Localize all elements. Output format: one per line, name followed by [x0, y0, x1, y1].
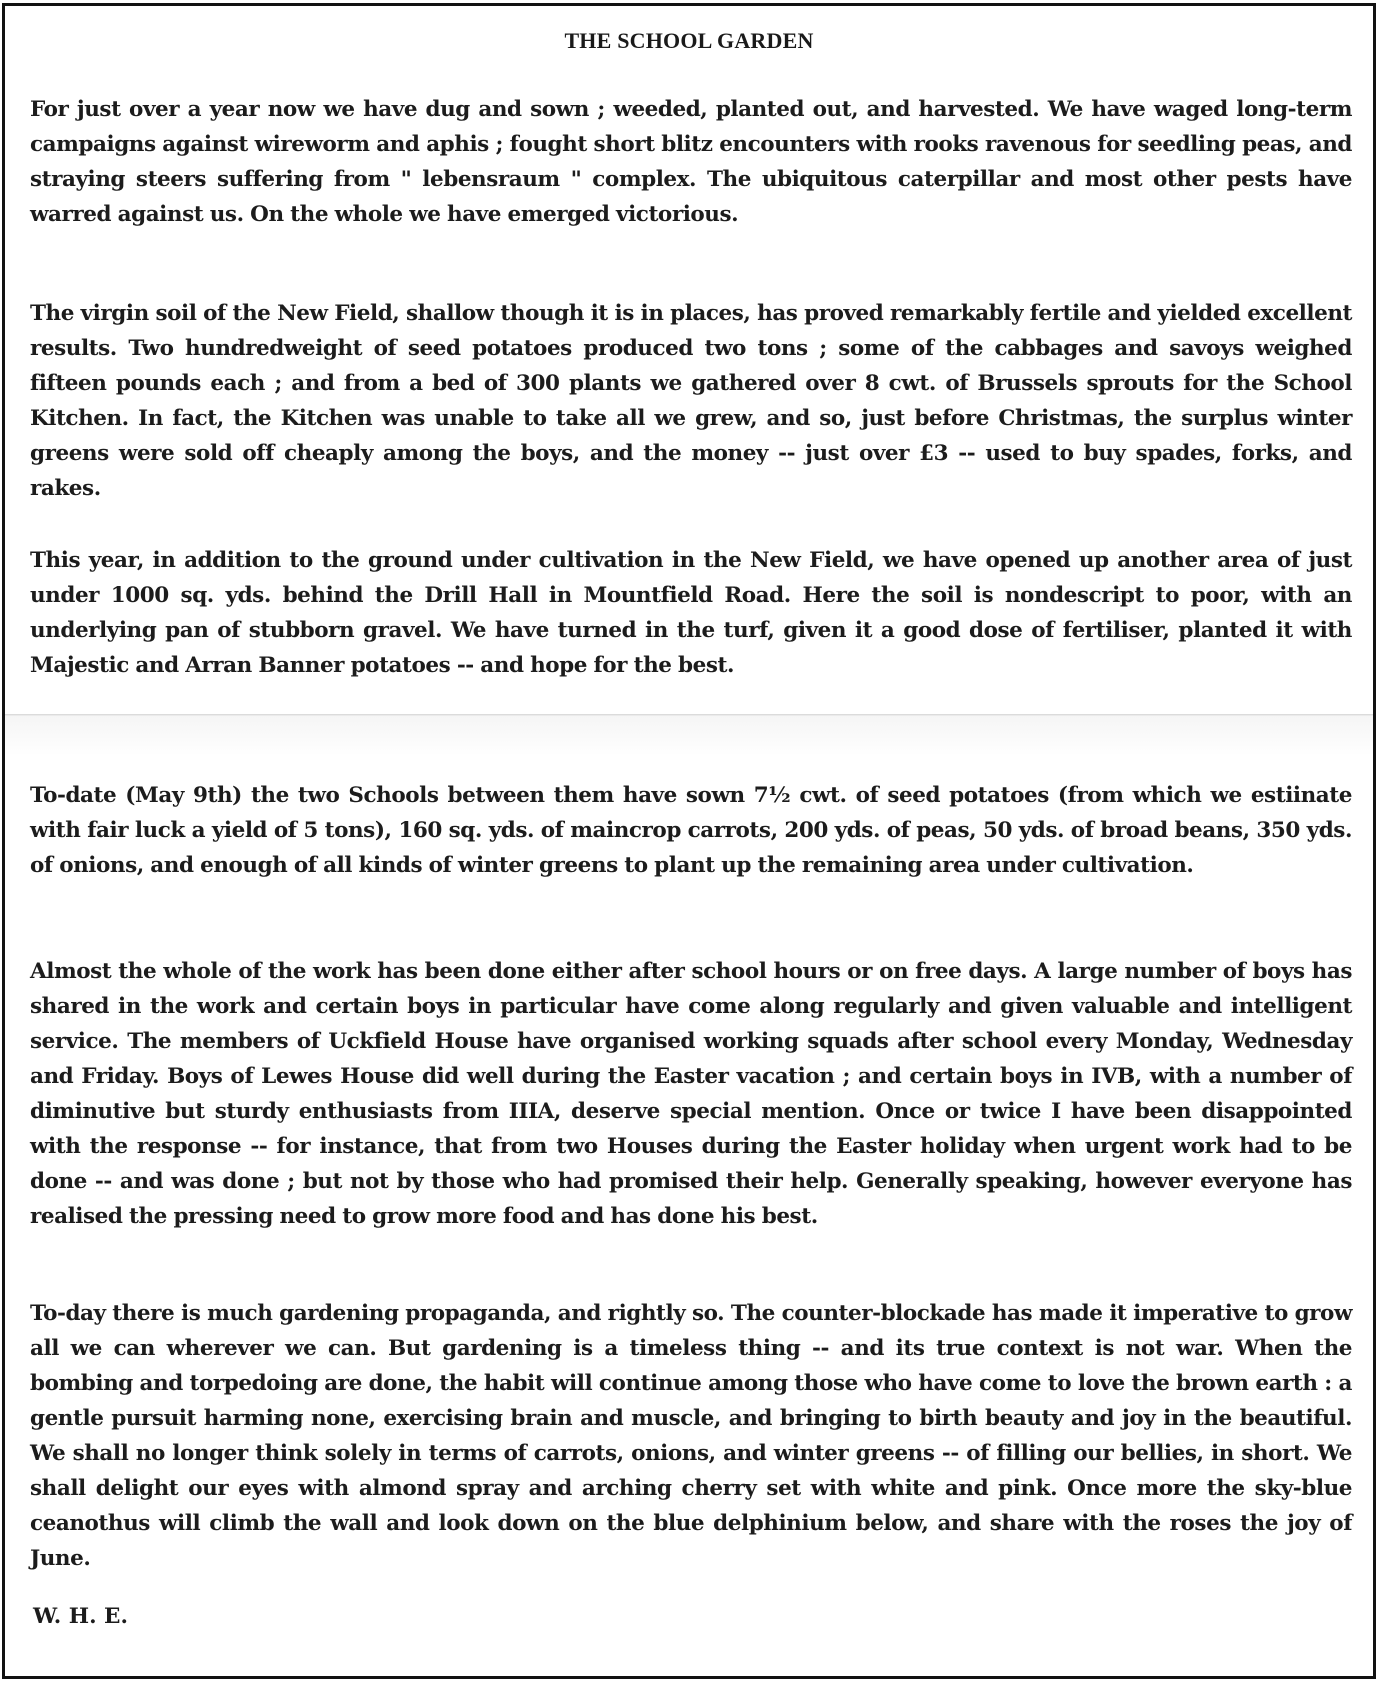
paragraph-new-field: The virgin soil of the New Field, shallo… — [30, 296, 1352, 506]
signature: W. H. E. — [33, 1604, 128, 1629]
paragraph-this-year: This year, in addition to the ground und… — [30, 543, 1352, 683]
paragraph-to-day: To-day there is much gardening propagand… — [30, 1296, 1352, 1576]
document-title: THE SCHOOL GARDEN — [5, 28, 1373, 54]
paragraph-intro: For just over a year now we have dug and… — [30, 92, 1352, 232]
paragraph-work-done: Almost the whole of the work has been do… — [30, 954, 1352, 1234]
paragraph-to-date: To-date (May 9th) the two Schools betwee… — [30, 778, 1352, 883]
document-page: THE SCHOOL GARDEN For just over a year n… — [2, 3, 1376, 1679]
page-fold-shadow — [5, 716, 1373, 756]
